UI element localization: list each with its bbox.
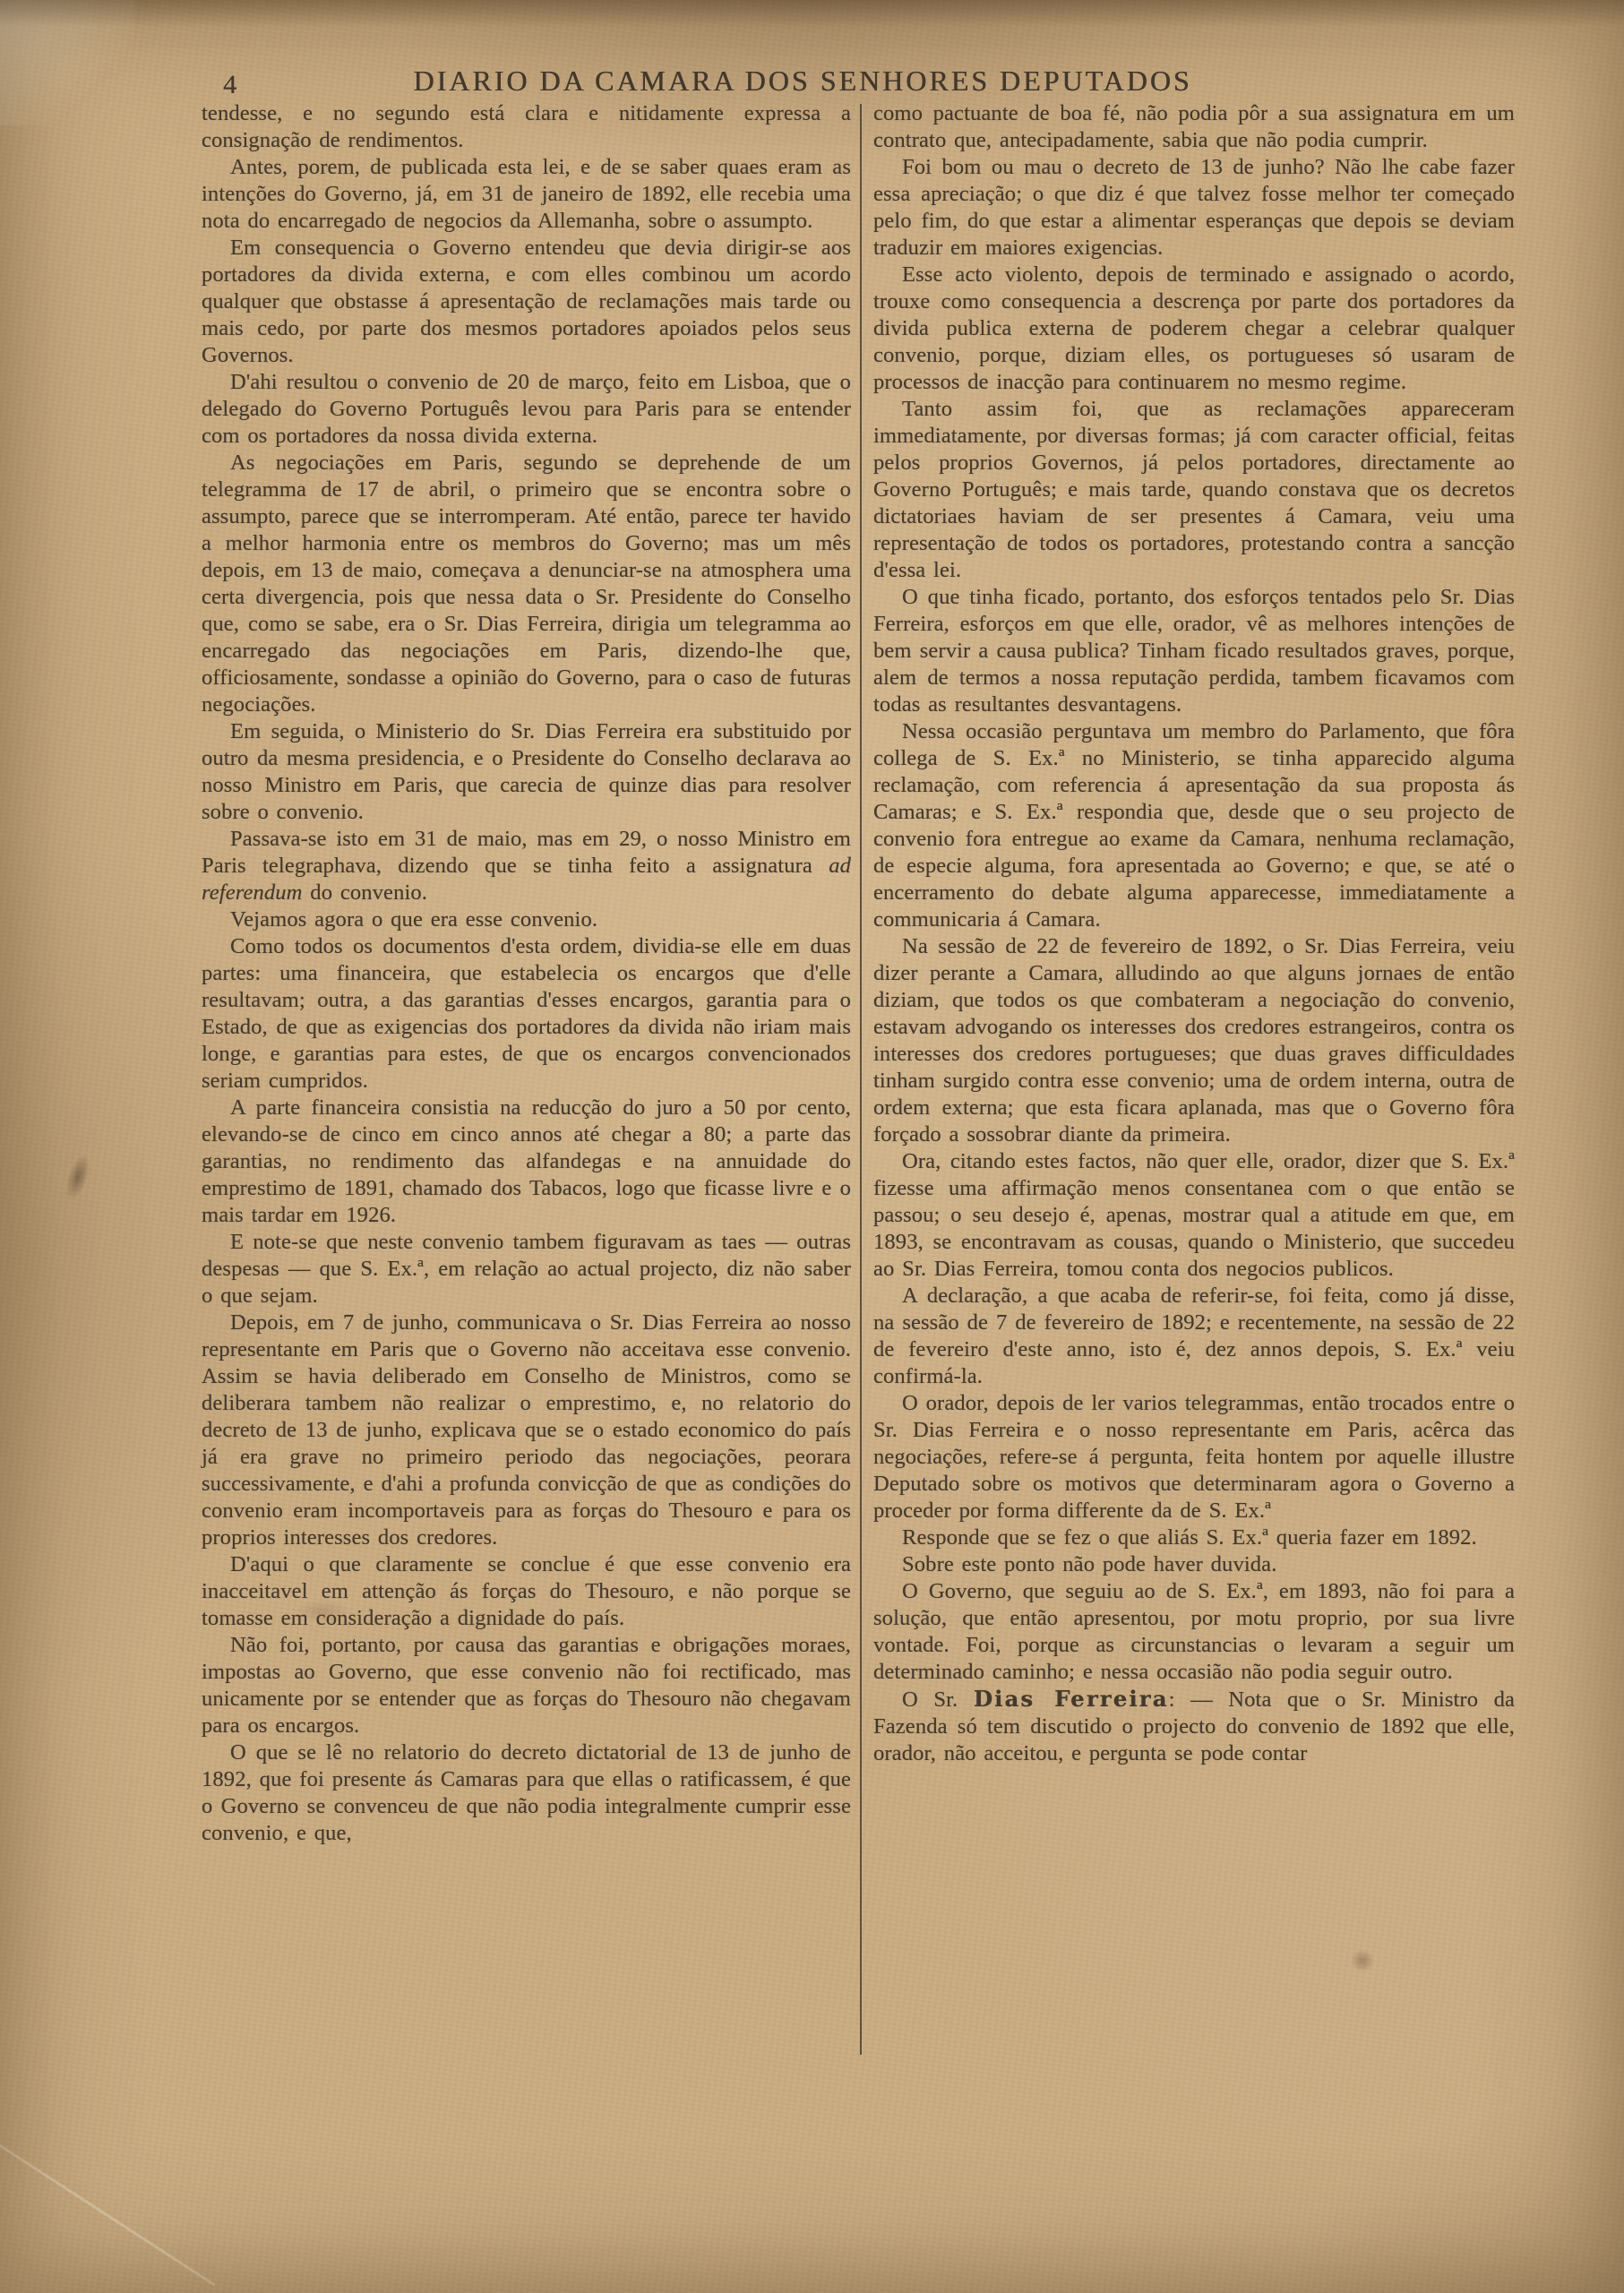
- text-run: Sobre este ponto não pode haver duvida.: [902, 1552, 1276, 1576]
- paragraph: As negociações em Paris, segundo se depr…: [202, 450, 851, 718]
- paragraph: O que se lê no relatorio do decreto dict…: [202, 1739, 851, 1847]
- paragraph: O que tinha ficado, portanto, dos esforç…: [873, 584, 1515, 718]
- speaker-name: Dias Ferreira: [974, 1686, 1169, 1712]
- paragraph: Na sessão de 22 de fevereiro de 1892, o …: [873, 933, 1515, 1148]
- paragraph: O Sr. Dias Ferreira: — Nota que o Sr. Mi…: [873, 1686, 1515, 1767]
- paragraph: D'ahi resultou o convenio de 20 de março…: [202, 369, 851, 450]
- text-run: Responde que se fez o que aliás S. Ex.ª …: [902, 1525, 1477, 1550]
- text-run: Nessa occasião perguntava um membro do P…: [873, 719, 1515, 932]
- text-run: do convenio.: [303, 880, 428, 905]
- text-run: A declaração, a que acaba de referir-se,…: [873, 1284, 1515, 1388]
- paragraph: E note-se que neste convenio tambem figu…: [202, 1229, 851, 1310]
- text-run: D'ahi resultou o convenio de 20 de março…: [202, 370, 851, 448]
- text-run: Antes, porem, de publicada esta lei, e d…: [202, 155, 851, 233]
- paragraph: A declaração, a que acaba de referir-se,…: [873, 1283, 1515, 1390]
- text-run: Como todos os documentos d'esta ordem, d…: [202, 934, 851, 1093]
- text-run: O que tinha ficado, portanto, dos esforç…: [873, 585, 1515, 717]
- paragraph: Depois, em 7 de junho, communicava o Sr.…: [202, 1310, 851, 1551]
- paragraph: tendesse, e no segundo está clara e niti…: [202, 100, 851, 154]
- text-run: O orador, depois de ler varios telegramm…: [873, 1391, 1515, 1523]
- text-run: A parte financeira consistia na reducção…: [202, 1095, 851, 1227]
- paragraph: Responde que se fez o que aliás S. Ex.ª …: [873, 1524, 1515, 1551]
- text-run: tendesse, e no segundo está clara e niti…: [202, 101, 851, 152]
- paragraph: Não foi, portanto, por causa das garanti…: [202, 1632, 851, 1739]
- paragraph: Vejamos agora o que era esse convenio.: [202, 906, 851, 933]
- text-run: Foi bom ou mau o decreto de 13 de junho?…: [873, 155, 1515, 260]
- text-run: E note-se que neste convenio tambem figu…: [202, 1230, 851, 1308]
- column-divider-rule: [860, 104, 862, 2055]
- paragraph: como pactuante de boa fé, não podia pôr …: [873, 100, 1515, 154]
- paragraph: Em consequencia o Governo entendeu que d…: [202, 235, 851, 369]
- ink-stain: [62, 1152, 95, 1202]
- text-run: Não foi, portanto, por causa das garanti…: [202, 1633, 851, 1738]
- text-run: D'aqui o que claramente se conclue é que…: [202, 1552, 851, 1630]
- paragraph: Passava-se isto em 31 de maio, mas em 29…: [202, 826, 851, 906]
- paragraph: Nessa occasião perguntava um membro do P…: [873, 718, 1515, 933]
- column-left: tendesse, e no segundo está clara e niti…: [202, 100, 851, 1847]
- text-run: Depois, em 7 de junho, communicava o Sr.…: [202, 1310, 851, 1550]
- paper-top-edge-shadow: [0, 0, 1624, 27]
- paragraph: D'aqui o que claramente se conclue é que…: [202, 1551, 851, 1632]
- paragraph: Antes, porem, de publicada esta lei, e d…: [202, 154, 851, 235]
- paragraph: O Governo, que seguiu ao de S. Ex.ª, em …: [873, 1578, 1515, 1686]
- text-run: Na sessão de 22 de fevereiro de 1892, o …: [873, 934, 1515, 1146]
- paragraph: A parte financeira consistia na reducção…: [202, 1095, 851, 1229]
- text-run: Tanto assim foi, que as reclamações appa…: [873, 397, 1515, 582]
- text-run: O Sr.: [902, 1688, 974, 1712]
- text-run: Esse acto violento, depois de terminado …: [873, 262, 1515, 394]
- paragraph: Em seguida, o Ministerio do Sr. Dias Fer…: [202, 718, 851, 826]
- paragraph: Esse acto violento, depois de terminado …: [873, 262, 1515, 396]
- text-run: como pactuante de boa fé, não podia pôr …: [873, 101, 1515, 152]
- text-run: Passava-se isto em 31 de maio, mas em 29…: [202, 827, 851, 878]
- ink-stain: [1351, 1949, 1374, 1972]
- text-run: Ora, citando estes factos, não quer elle…: [873, 1149, 1515, 1281]
- page-title: DIARIO DA CAMARA DOS SENHORES DEPUTADOS: [146, 64, 1459, 98]
- scanned-page: 4 DIARIO DA CAMARA DOS SENHORES DEPUTADO…: [0, 0, 1624, 2293]
- text-run: As negociações em Paris, segundo se depr…: [202, 451, 851, 717]
- paper-scratch: [0, 2138, 216, 2287]
- text-run: Vejamos agora o que era esse convenio.: [230, 907, 597, 932]
- text-run: Em consequencia o Governo entendeu que d…: [202, 236, 851, 367]
- paragraph: O orador, depois de ler varios telegramm…: [873, 1390, 1515, 1524]
- text-run: O que se lê no relatorio do decreto dict…: [202, 1740, 851, 1845]
- paragraph: Ora, citando estes factos, não quer elle…: [873, 1148, 1515, 1283]
- paragraph: Sobre este ponto não pode haver duvida.: [873, 1551, 1515, 1578]
- paragraph: Foi bom ou mau o decreto de 13 de junho?…: [873, 154, 1515, 262]
- paragraph: Tanto assim foi, que as reclamações appa…: [873, 396, 1515, 584]
- text-run: Em seguida, o Ministerio do Sr. Dias Fer…: [202, 719, 851, 824]
- text-run: O Governo, que seguiu ao de S. Ex.ª, em …: [873, 1579, 1515, 1684]
- column-right: como pactuante de boa fé, não podia pôr …: [873, 100, 1515, 1767]
- paragraph: Como todos os documentos d'esta ordem, d…: [202, 933, 851, 1095]
